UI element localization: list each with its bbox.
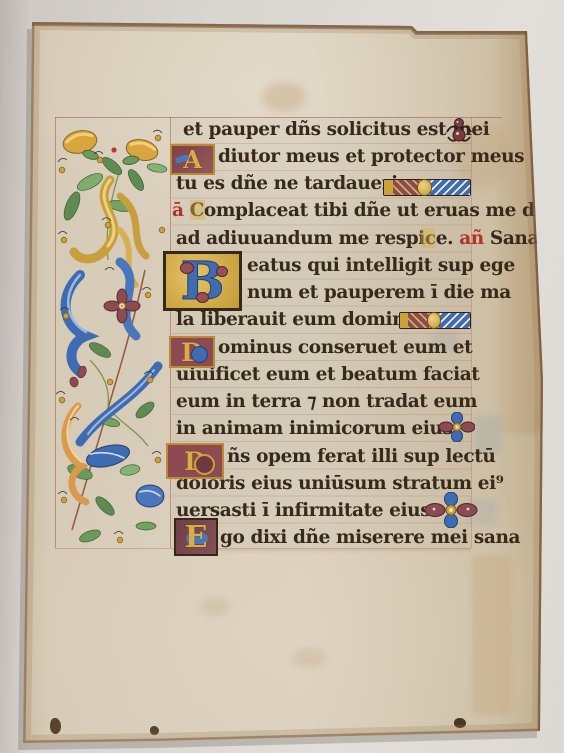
leaf-edge-browning [0,0,564,753]
manuscript-leaf: et pauper dñs solicitus est mei diutor m… [0,0,564,753]
photo-of-manuscript: et pauper dñs solicitus est mei diutor m… [0,0,564,753]
gold-ball [427,312,442,329]
